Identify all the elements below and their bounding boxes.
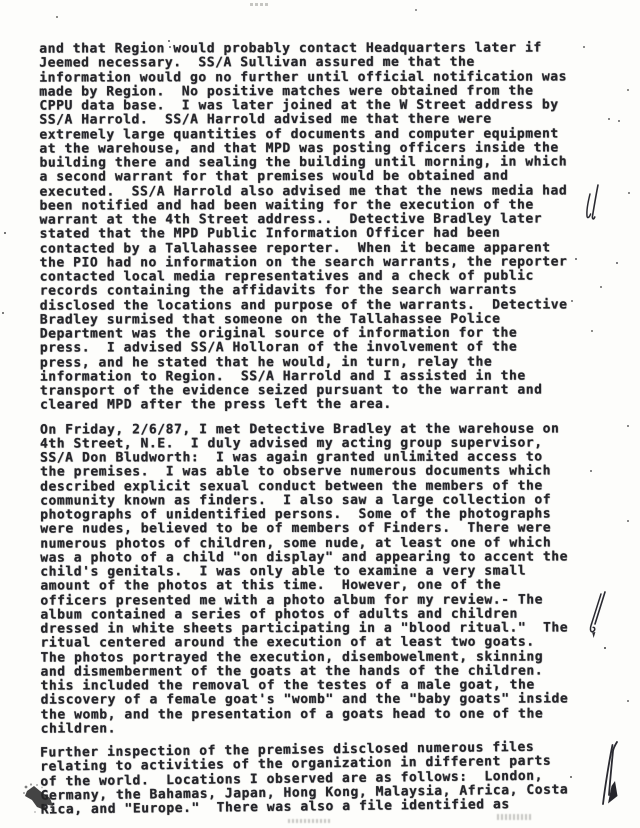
scan-noise-specks bbox=[0, 0, 2, 2]
bottom-smear-right bbox=[497, 814, 533, 820]
handwritten-check-mark-upper bbox=[582, 183, 604, 227]
text-line: children. bbox=[41, 721, 601, 736]
top-edge-smear bbox=[250, 3, 270, 6]
ink-smudge-blob bbox=[22, 782, 58, 816]
text-line: cleared MPD after the press left the are… bbox=[40, 398, 600, 413]
handwritten-check-mark-lower bbox=[593, 739, 623, 809]
text-line: the womb, and the presentation of a goat… bbox=[41, 707, 601, 722]
paragraph-3: Further inspection of the premises discl… bbox=[40, 740, 601, 818]
paragraph-2: On Friday, 2/6/87, I met Detective Bradl… bbox=[40, 422, 601, 737]
handwritten-check-mark-middle bbox=[584, 591, 610, 649]
text-line: press. I advised SS/A Holloran of the in… bbox=[40, 341, 600, 356]
document-text: and that Region would probably contact H… bbox=[39, 41, 601, 827]
paragraph-1: and that Region would probably contact H… bbox=[39, 41, 600, 413]
bottom-smear-left bbox=[288, 819, 332, 823]
scanned-document-page: and that Region would probably contact H… bbox=[0, 0, 640, 828]
